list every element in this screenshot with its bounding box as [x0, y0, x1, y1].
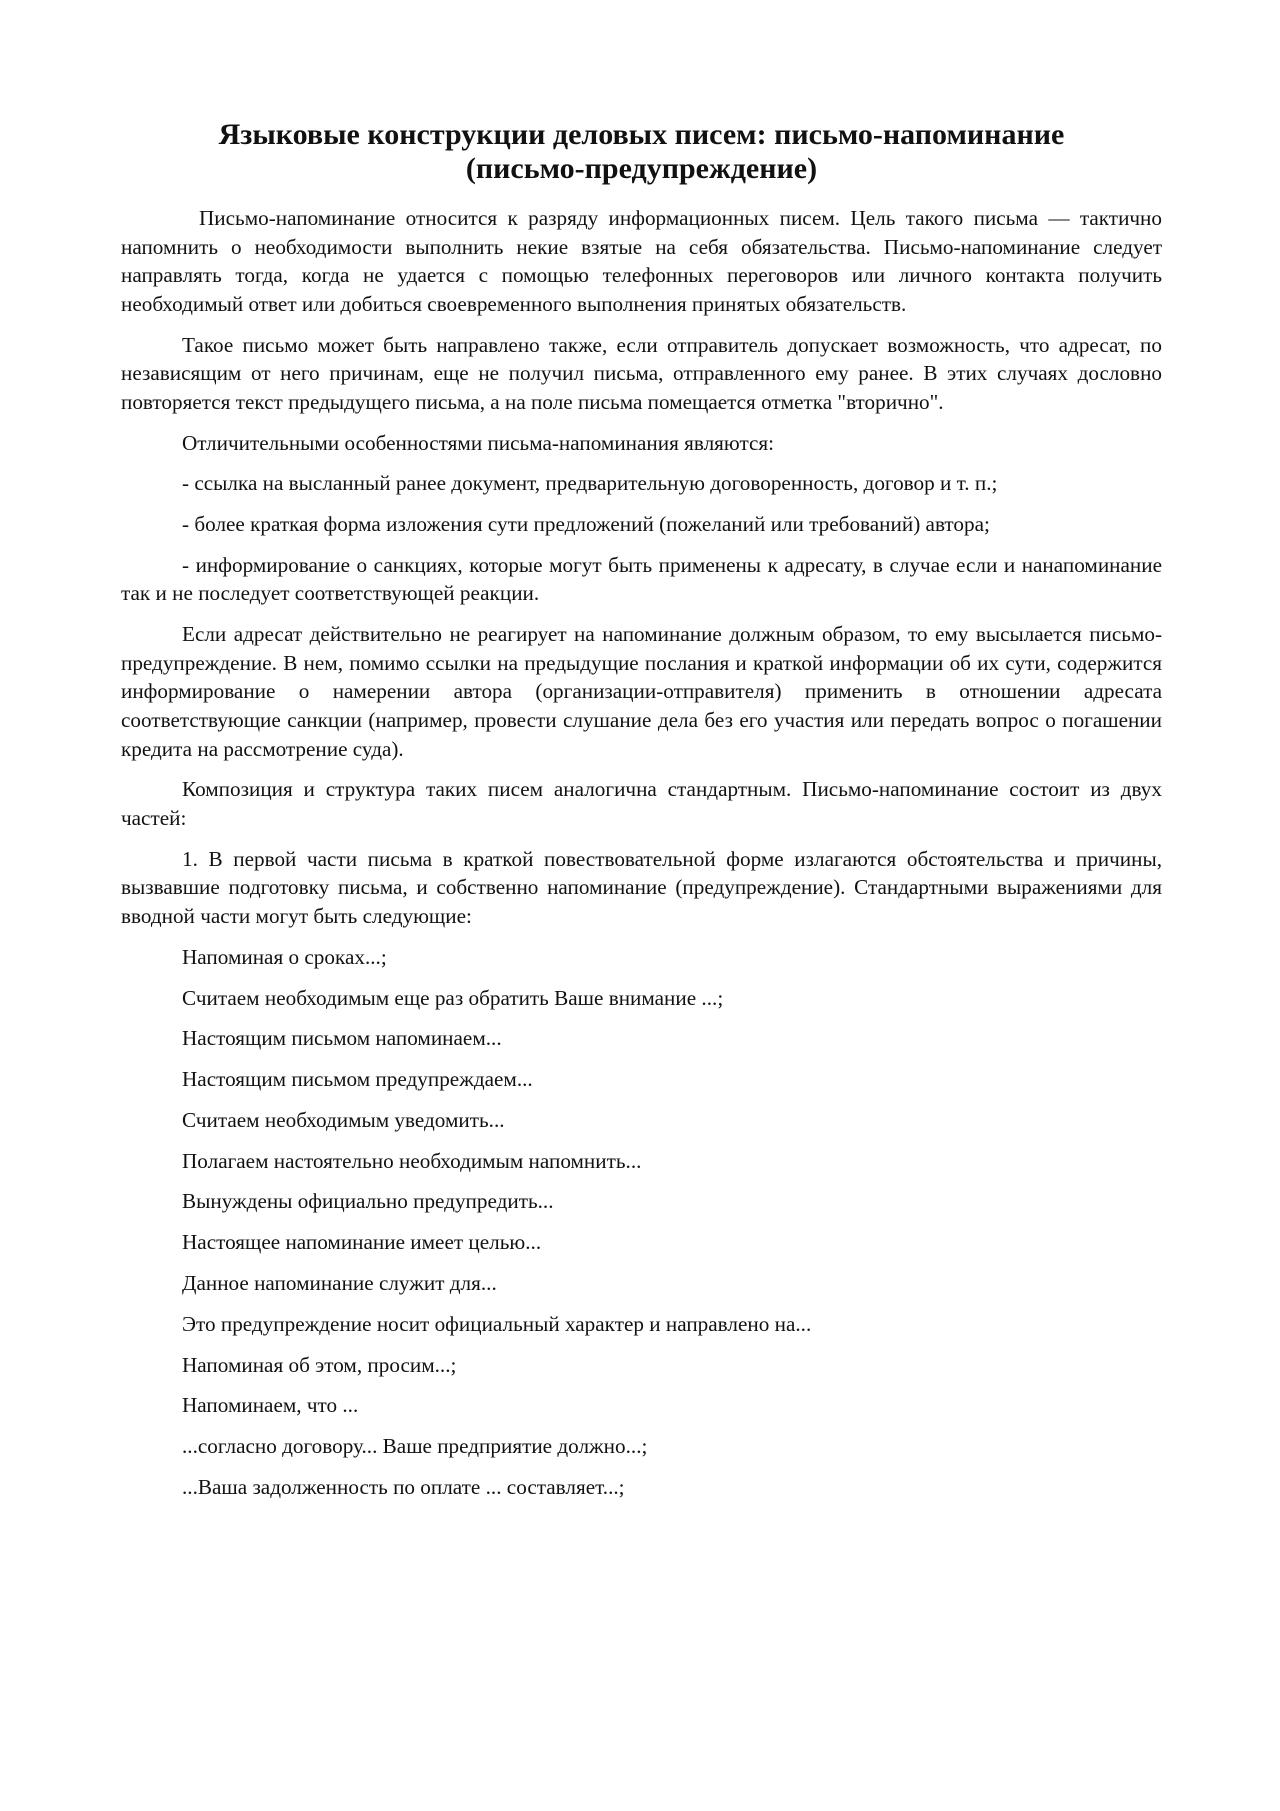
paragraph-features-heading: Отличительными особенностями письма-напо…: [121, 429, 1162, 458]
document-title: Языковые конструкции деловых писем: пись…: [121, 118, 1162, 186]
phrase-item: Считаем необходимым еще раз обратить Ваш…: [121, 984, 1162, 1013]
phrase-item: Настоящим письмом предупреждаем...: [121, 1065, 1162, 1094]
phrase-item: Это предупреждение носит официальный хар…: [121, 1310, 1162, 1339]
paragraph-composition: Композиция и структура таких писем анало…: [121, 775, 1162, 832]
feature-item-brief-form: - более краткая форма изложения сути пре…: [121, 510, 1162, 539]
paragraph-first-part: 1. В первой части письма в краткой повес…: [121, 845, 1162, 931]
feature-item-reference: - ссылка на высланный ранее документ, пр…: [121, 469, 1162, 498]
paragraph-secondary-sending: Такое письмо может быть направлено также…: [121, 331, 1162, 417]
phrase-item: Напоминаем, что ...: [121, 1391, 1162, 1420]
feature-item-sanctions: - информирование о санкциях, которые мог…: [121, 551, 1162, 608]
phrase-item: ...согласно договору... Ваше предприятие…: [121, 1432, 1162, 1461]
phrase-item: Считаем необходимым уведомить...: [121, 1106, 1162, 1135]
paragraph-warning-letter: Если адресат действительно не реагирует …: [121, 620, 1162, 763]
phrase-item: Настоящим письмом напоминаем...: [121, 1024, 1162, 1053]
phrase-item: ...Ваша задолженность по оплате ... сост…: [121, 1473, 1162, 1502]
title-line-2: (письмо-предупреждение): [121, 152, 1162, 186]
phrase-item: Вынуждены официально предупредить...: [121, 1187, 1162, 1216]
title-line-1: Языковые конструкции деловых писем: пись…: [121, 118, 1162, 152]
paragraph-intro: Письмо-напоминание относится к разряду и…: [121, 204, 1162, 318]
phrase-item: Данное напоминание служит для...: [121, 1269, 1162, 1298]
phrase-item: Настоящее напоминание имеет целью...: [121, 1228, 1162, 1257]
standard-phrases-list: Напоминая о сроках...; Считаем необходим…: [121, 943, 1162, 1502]
phrase-item: Полагаем настоятельно необходимым напомн…: [121, 1147, 1162, 1176]
document-page: Языковые конструкции деловых писем: пись…: [121, 118, 1162, 1514]
phrase-item: Напоминая об этом, просим...;: [121, 1351, 1162, 1380]
phrase-item: Напоминая о сроках...;: [121, 943, 1162, 972]
